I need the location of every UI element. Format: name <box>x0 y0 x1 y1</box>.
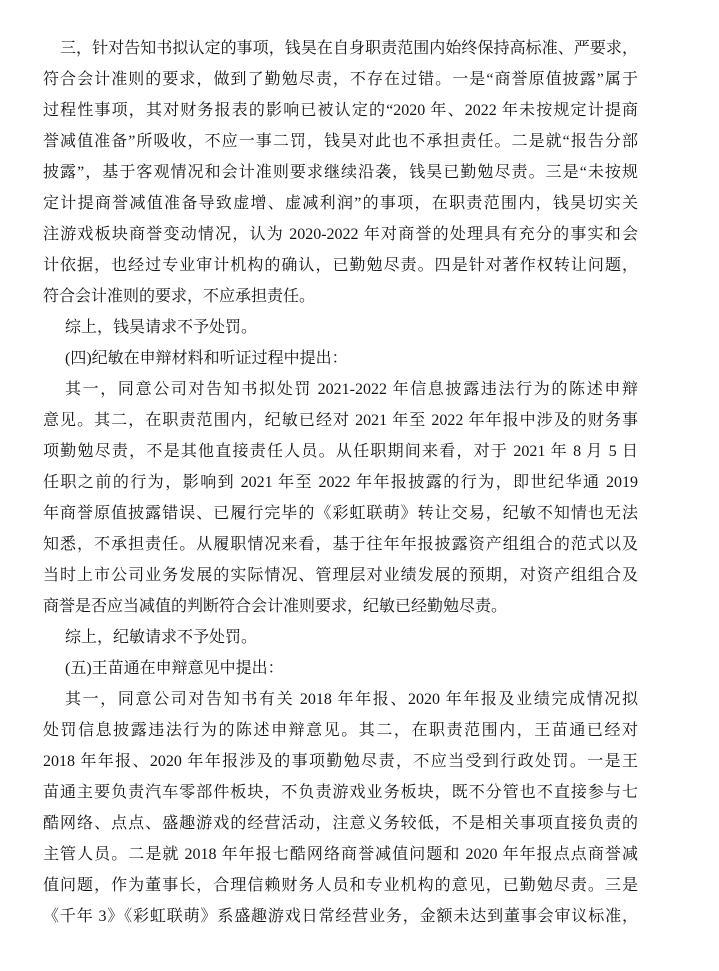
text-line: 酷网络、点点、盛趣游戏的经营活动，注意义务较低，不是相关事项直接负责的 <box>43 808 638 839</box>
text-line: 《千年 3》《彩虹联萌》系盛趣游戏日常经营业务，金额未达到董事会审议标准， <box>43 901 638 932</box>
text-line: 计依据，也经过专业审计机构的确认，已勤勉尽责。四是针对著作权转让问题， <box>43 250 638 281</box>
text-line: 年商誉原值披露错误、已履行完毕的《彩虹联萌》转让交易，纪敏不知情也无法 <box>43 498 638 529</box>
text-line: 三，针对告知书拟认定的事项，钱昊在自身职责范围内始终保持高标准、严要求， <box>43 33 638 64</box>
text-line: 处罚信息披露违法行为的陈述申辩意见。其二，在职责范围内，王苗通已经对 <box>43 715 638 746</box>
text-line: 综上，纪敏请求不予处罚。 <box>43 622 638 653</box>
text-line: 知悉，不承担责任。从履职情况来看，基于往年年报披露资产组组合的范式以及 <box>43 529 638 560</box>
text-line: 注游戏板块商誉变动情况，认为 2020-2022 年对商誉的处理具有充分的事实和… <box>43 219 638 250</box>
text-line: 其一，同意公司对告知书有关 2018 年年报、2020 年年报及业绩完成情况拟 <box>43 684 638 715</box>
text-line: 过程性事项，其对财务报表的影响已被认定的“2020 年、2022 年未按规定计提… <box>43 95 638 126</box>
text-line-section-heading: (四)纪敏在申辩材料和听证过程中提出： <box>43 343 638 374</box>
text-line: 任职之前的行为，影响到 2021 年至 2022 年年报披露的行为，即世纪华通 … <box>43 467 638 498</box>
text-line: 商誉是否应当减值的判断符合会计准则要求，纪敏已经勤勉尽责。 <box>43 591 638 622</box>
text-line: 其一，同意公司对告知书拟处罚 2021-2022 年信息披露违法行为的陈述申辩 <box>43 374 638 405</box>
text-line: 当时上市公司业务发展的实际情况、管理层对业绩发展的预期，对资产组组合及 <box>43 560 638 591</box>
text-line: 值问题，作为董事长，合理信赖财务人员和专业机构的意见，已勤勉尽责。三是 <box>43 870 638 901</box>
text-line: 誉减值准备”所吸收，不应一事二罚，钱昊对此也不承担责任。二是就“报告分部 <box>43 126 638 157</box>
text-line: 苗通主要负责汽车零部件板块，不负责游戏业务板块，既不分管也不直接参与七 <box>43 777 638 808</box>
text-line: 综上，钱昊请求不予处罚。 <box>43 312 638 343</box>
text-line: 项勤勉尽责，不是其他直接责任人员。从任职期间来看，对于 2021 年 8 月 5… <box>43 436 638 467</box>
text-line: 符合会计准则的要求，做到了勤勉尽责，不存在过错。一是“商誉原值披露”属于 <box>43 64 638 95</box>
text-line-section-heading: (五)王苗通在申辩意见中提出： <box>43 653 638 684</box>
text-line: 符合会计准则的要求，不应承担责任。 <box>43 281 638 312</box>
text-line: 定计提商誉减值准备导致虚增、虚减利润”的事项，在职责范围内，钱昊切实关 <box>43 188 638 219</box>
text-line: 意见。其二，在职责范围内，纪敏已经对 2021 年至 2022 年年报中涉及的财… <box>43 405 638 436</box>
text-line: 主管人员。二是就 2018 年年报七酷网络商誉减值问题和 2020 年年报点点商… <box>43 839 638 870</box>
document-page: 三，针对告知书拟认定的事项，钱昊在自身职责范围内始终保持高标准、严要求， 符合会… <box>0 0 719 971</box>
document-body: 三，针对告知书拟认定的事项，钱昊在自身职责范围内始终保持高标准、严要求， 符合会… <box>43 33 638 932</box>
text-line: 披露”，基于客观情况和会计准则要求继续沿袭，钱昊已勤勉尽责。三是“未按规 <box>43 157 638 188</box>
text-line: 2018 年年报、2020 年年报涉及的事项勤勉尽责，不应当受到行政处罚。一是王 <box>43 746 638 777</box>
